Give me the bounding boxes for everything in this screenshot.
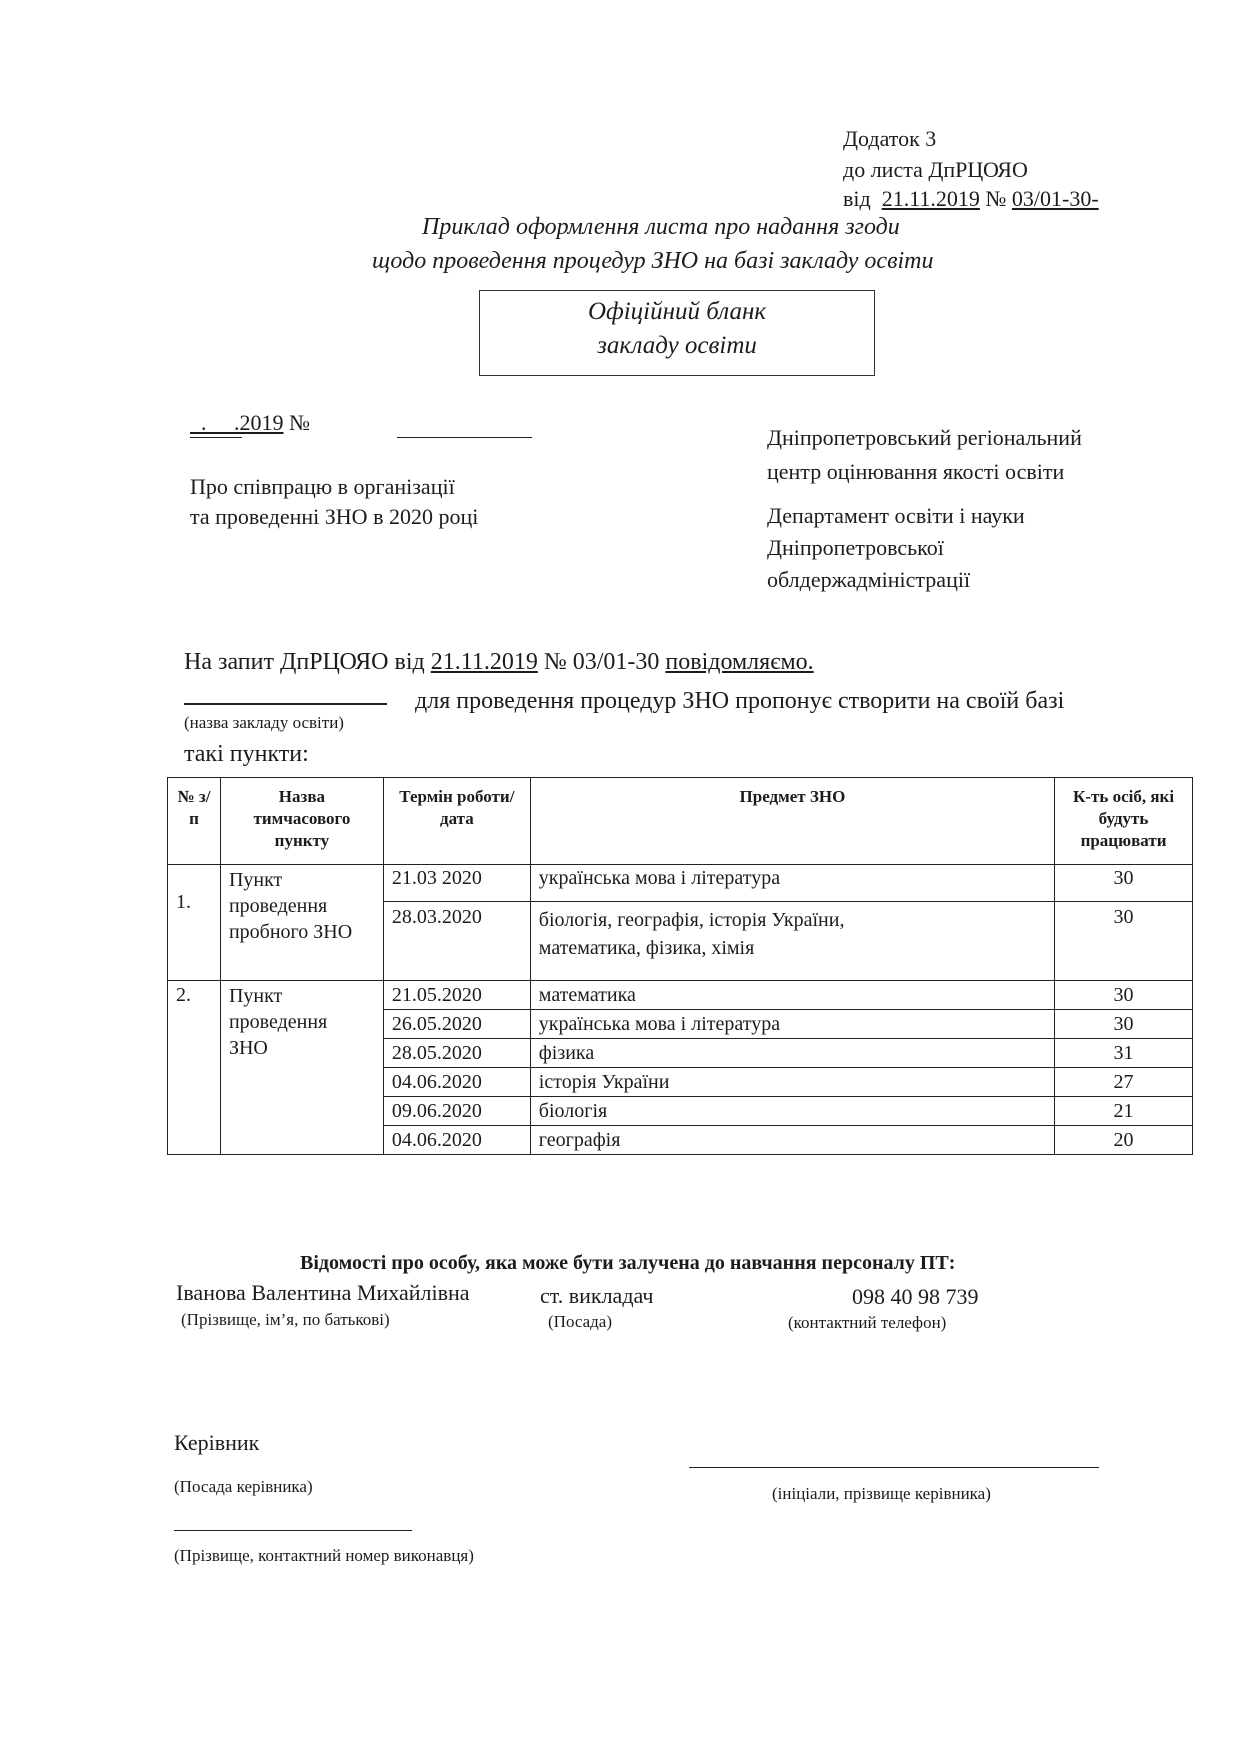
signature-name-blank — [689, 1467, 1099, 1468]
signature-name-caption: (ініціали, прізвище керівника) — [772, 1484, 991, 1504]
request-verb: повідомляємо. — [665, 649, 813, 675]
appendix-letter-ref: до листа ДпРЦОЯО — [843, 157, 1028, 183]
group-point-name: Пункт проведення пробного ЗНО — [220, 865, 383, 981]
contact-name: Іванова Валентина Михайлівна — [176, 1280, 470, 1306]
contact-phone-caption: (контактний телефон) — [788, 1313, 946, 1333]
signature-title-caption: (Посада керівника) — [174, 1477, 313, 1497]
recipient2-line3: облдержадміністрації — [767, 567, 970, 593]
row-subject: математика — [530, 981, 1054, 1010]
contact-position: ст. викладач — [540, 1283, 653, 1309]
outgoing-date-number: . .2019 № — [190, 410, 310, 436]
appendix-date: 21.11.2019 — [882, 186, 980, 211]
contact-position-caption: (Посада) — [548, 1312, 612, 1332]
header-count: К-ть осіб, які будуть працювати — [1055, 778, 1193, 865]
group-number: 2. — [168, 981, 221, 1155]
row-count: 31 — [1055, 1039, 1193, 1068]
row-count: 21 — [1055, 1097, 1193, 1126]
row-date: 21.03 2020 — [383, 865, 530, 902]
subject-line1: Про співпрацю в організації — [190, 474, 455, 500]
appendix-no-sign: № — [985, 186, 1006, 211]
body-points-line: такі пункти: — [184, 741, 309, 768]
outgoing-date: . .2019 — [190, 410, 284, 435]
institution-name-caption: (назва закладу освіти) — [184, 713, 344, 733]
document-title-line1: Приклад оформлення листа про надання зго… — [422, 214, 900, 241]
outgoing-no-sign: № — [289, 410, 310, 435]
row-subject: українська мова і література — [530, 1010, 1054, 1039]
body-request-line: На запит ДпРЦОЯО від 21.11.2019 № 03/01-… — [184, 649, 814, 676]
row-count: 27 — [1055, 1068, 1193, 1097]
recipient1-line1: Дніпропетровський регіональний — [767, 425, 1082, 451]
row-count: 30 — [1055, 865, 1193, 902]
official-letterhead-box: Офіційний бланк закладу освіти — [479, 290, 875, 376]
recipient2-line2: Дніпропетровської — [767, 535, 944, 561]
row-subject: історія України — [530, 1068, 1054, 1097]
recipient2-line1: Департамент освіти і науки — [767, 503, 1025, 529]
row-subject: географія — [530, 1126, 1054, 1155]
table-header-row: № з/п Назва тимчасового пункту Термін ро… — [168, 778, 1193, 865]
row-count: 30 — [1055, 1010, 1193, 1039]
row-date: 28.03.2020 — [383, 902, 530, 981]
executor-caption: (Прізвище, контактний номер виконавця) — [174, 1546, 474, 1566]
document-title-line2: щодо проведення процедур ЗНО на базі зак… — [372, 248, 934, 275]
request-number: № 03/01-30 — [544, 649, 660, 675]
group-number: 1. — [168, 865, 221, 981]
header-number: № з/п — [168, 778, 221, 865]
appendix-date-prefix: від — [843, 186, 871, 211]
row-date: 04.06.2020 — [383, 1068, 530, 1097]
contact-heading: Відомості про особу, яка може бути залуч… — [300, 1252, 955, 1275]
row-date: 21.05.2020 — [383, 981, 530, 1010]
outgoing-number-blank — [397, 437, 532, 438]
header-subject: Предмет ЗНО — [530, 778, 1054, 865]
contact-name-caption: (Прізвище, ім’я, по батькові) — [181, 1310, 390, 1330]
row-count: 30 — [1055, 902, 1193, 981]
letterhead-line1: Офіційний бланк — [480, 295, 874, 329]
group-point-name: Пункт проведення ЗНО — [220, 981, 383, 1155]
row-date: 28.05.2020 — [383, 1039, 530, 1068]
request-prefix: На запит ДпРЦОЯО від — [184, 649, 425, 675]
recipient1-line2: центр оцінювання якості освіти — [767, 459, 1064, 485]
testing-points-table: № з/п Назва тимчасового пункту Термін ро… — [167, 777, 1193, 1155]
contact-phone: 098 40 98 739 — [852, 1284, 979, 1310]
appendix-number: 03/01-30- — [1012, 186, 1099, 211]
row-subject: біологія, географія, історія України, ма… — [530, 902, 1054, 981]
letterhead-line2: закладу освіти — [480, 329, 874, 363]
header-date: Термін роботи/ дата — [383, 778, 530, 865]
row-date: 04.06.2020 — [383, 1126, 530, 1155]
table-row: 1. Пункт проведення пробного ЗНО 21.03 2… — [168, 865, 1193, 902]
subject-line2: та проведенні ЗНО в 2020 році — [190, 504, 478, 530]
appendix-date-line: від 21.11.2019 № 03/01-30- — [843, 186, 1099, 212]
table-row: 2. Пункт проведення ЗНО 21.05.2020 матем… — [168, 981, 1193, 1010]
outgoing-day-blank — [190, 437, 242, 438]
row-date: 09.06.2020 — [383, 1097, 530, 1126]
request-date: 21.11.2019 — [431, 649, 538, 675]
executor-blank — [174, 1530, 412, 1531]
row-date: 26.05.2020 — [383, 1010, 530, 1039]
header-point-name: Назва тимчасового пункту — [220, 778, 383, 865]
row-count: 30 — [1055, 981, 1193, 1010]
row-subject: біологія — [530, 1097, 1054, 1126]
row-count: 20 — [1055, 1126, 1193, 1155]
appendix-label: Додаток 3 — [843, 126, 936, 152]
signature-title: Керівник — [174, 1430, 259, 1456]
row-subject: українська мова і література — [530, 865, 1054, 902]
body-proposal-line: для проведення процедур ЗНО пропонує ств… — [415, 688, 1064, 715]
institution-name-blank — [184, 703, 387, 705]
row-subject: фізика — [530, 1039, 1054, 1068]
